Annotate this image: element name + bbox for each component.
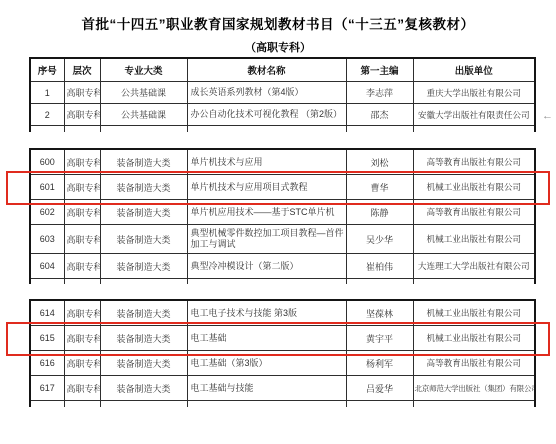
textbook-table: 600高职专科装备制造大类单片机技术与应用刘松高等教育出版社有限公司601高职专… bbox=[29, 148, 536, 284]
table-row: 615高职专科装备制造大类电工基础黄宇平机械工业出版社有限公司 bbox=[30, 326, 535, 351]
textbook-table: 614高职专科装备制造大类电工电子技术与技能 第3版坚葆林机械工业出版社有限公司… bbox=[29, 299, 536, 407]
table-cell: 单片机技术与应用项目式教程 bbox=[187, 175, 346, 200]
table-cell: 高职专科 bbox=[64, 149, 100, 175]
column-header-book-title: 教材名称 bbox=[187, 58, 346, 82]
table-cell: 装备制造大类 bbox=[100, 300, 187, 326]
table-cell: 机械工业出版社有限公司 bbox=[413, 326, 535, 351]
table-cell: 617 bbox=[30, 376, 64, 401]
table-cell: 装备制造大类 bbox=[100, 225, 187, 254]
table-cell: 高等教育出版社有限公司 bbox=[413, 200, 535, 225]
table-cell: 杨利军 bbox=[346, 351, 413, 376]
table-cell bbox=[64, 126, 100, 133]
table-cell: 黄宇平 bbox=[346, 326, 413, 351]
table-cell: 高职专科 bbox=[64, 82, 100, 104]
table-row: 616高职专科装备制造大类电工基础（第3版）杨利军高等教育出版社有限公司 bbox=[30, 351, 535, 376]
table-row: 604高职专科装备制造大类典型冷冲模设计（第二版）崔柏伟大连理工大学出版社有限公… bbox=[30, 254, 535, 279]
column-header-publisher: 出版单位 bbox=[413, 58, 535, 82]
table-row: 603高职专科装备制造大类典型机械零件数控加工项目教程—首件加工与调试吴少华机械… bbox=[30, 225, 535, 254]
table-cell bbox=[413, 401, 535, 408]
table-cell: 曹华 bbox=[346, 175, 413, 200]
table-row: 600高职专科装备制造大类单片机技术与应用刘松高等教育出版社有限公司 bbox=[30, 149, 535, 175]
table-cell: 装备制造大类 bbox=[100, 200, 187, 225]
table-cell: 2 bbox=[30, 104, 64, 126]
table-cell: 大连理工大学出版社有限公司 bbox=[413, 254, 535, 279]
table-cell: 614 bbox=[30, 300, 64, 326]
table-cell: 公共基础课 bbox=[100, 82, 187, 104]
clipped-row bbox=[30, 401, 535, 408]
table-cell: 典型机械零件数控加工项目教程—首件加工与调试 bbox=[187, 225, 346, 254]
table-cell: 电工基础与技能 bbox=[187, 376, 346, 401]
table-cell: 601 bbox=[30, 175, 64, 200]
table-row: 602高职专科装备制造大类单片机应用技术——基于STC单片机陈静高等教育出版社有… bbox=[30, 200, 535, 225]
table-cell: 安徽大学出版社有限责任公司 bbox=[413, 104, 535, 126]
table-cell: 高职专科 bbox=[64, 254, 100, 279]
column-header-seq: 序号 bbox=[30, 58, 64, 82]
table-cell: 装备制造大类 bbox=[100, 326, 187, 351]
table-cell bbox=[30, 126, 64, 133]
table-cell: 北京师范大学出版社（集团）有限公司 bbox=[413, 376, 535, 401]
table-cell: 公共基础课 bbox=[100, 104, 187, 126]
table-cell bbox=[30, 279, 64, 285]
table-row: 617高职专科装备制造大类电工基础与技能吕爱华北京师范大学出版社（集团）有限公司 bbox=[30, 376, 535, 401]
table-cell: 602 bbox=[30, 200, 64, 225]
table-cell bbox=[413, 279, 535, 285]
document-subtitle: （高职专科） bbox=[0, 39, 556, 55]
table-cell: 604 bbox=[30, 254, 64, 279]
table-cell bbox=[64, 401, 100, 408]
table-cell: 高职专科 bbox=[64, 300, 100, 326]
table-cell: 机械工业出版社有限公司 bbox=[413, 175, 535, 200]
table-cell bbox=[64, 279, 100, 285]
return-mark-icon: ← bbox=[542, 110, 553, 122]
table-cell: 吕爱华 bbox=[346, 376, 413, 401]
table-cell: 高职专科 bbox=[64, 376, 100, 401]
table-cell: 高职专科 bbox=[64, 200, 100, 225]
table-row: 2高职专科公共基础课办公自动化技术可视化教程 （第2版）邵杰安徽大学出版社有限责… bbox=[30, 104, 535, 126]
table-cell bbox=[346, 401, 413, 408]
document-title: 首批“十四五”职业教育国家规划教材书目（“十三五”复核教材） bbox=[0, 13, 556, 33]
table-cell bbox=[187, 279, 346, 285]
table-cell: 装备制造大类 bbox=[100, 254, 187, 279]
table-cell bbox=[100, 401, 187, 408]
table-row: 601高职专科装备制造大类单片机技术与应用项目式教程曹华机械工业出版社有限公司 bbox=[30, 175, 535, 200]
table-cell: 高职专科 bbox=[64, 104, 100, 126]
table-cell: 装备制造大类 bbox=[100, 351, 187, 376]
table-cell: 电工电子技术与技能 第3版 bbox=[187, 300, 346, 326]
table-fragment-middle: 600高职专科装备制造大类单片机技术与应用刘松高等教育出版社有限公司601高职专… bbox=[29, 148, 538, 284]
table-cell: 高职专科 bbox=[64, 326, 100, 351]
table-cell: 机械工业出版社有限公司 bbox=[413, 300, 535, 326]
table-cell: 重庆大学出版社有限公司 bbox=[413, 82, 535, 104]
table-cell: 装备制造大类 bbox=[100, 149, 187, 175]
table-cell: 机械工业出版社有限公司 bbox=[413, 225, 535, 254]
table-cell: 高职专科 bbox=[64, 225, 100, 254]
table-cell: 李志萍 bbox=[346, 82, 413, 104]
table-cell: 高等教育出版社有限公司 bbox=[413, 149, 535, 175]
column-header-category: 专业大类 bbox=[100, 58, 187, 82]
table-cell: 单片机应用技术——基于STC单片机 bbox=[187, 200, 346, 225]
table-cell: 电工基础（第3版） bbox=[187, 351, 346, 376]
textbook-table: 序号 层次 专业大类 教材名称 第一主编 出版单位 1高职专科公共基础课成长英语… bbox=[29, 57, 536, 132]
table-fragment-bottom: 614高职专科装备制造大类电工电子技术与技能 第3版坚葆林机械工业出版社有限公司… bbox=[29, 299, 538, 407]
table-cell: 邵杰 bbox=[346, 104, 413, 126]
table-cell: 陈静 bbox=[346, 200, 413, 225]
table-cell bbox=[346, 279, 413, 285]
table-cell bbox=[187, 401, 346, 408]
table-row: 1高职专科公共基础课成长英语系列教材（第4版）李志萍重庆大学出版社有限公司 bbox=[30, 82, 535, 104]
document-page: 首批“十四五”职业教育国家规划教材书目（“十三五”复核教材） （高职专科） 序号… bbox=[0, 0, 556, 444]
table-header-row: 序号 层次 专业大类 教材名称 第一主编 出版单位 bbox=[30, 58, 535, 82]
table-cell: 603 bbox=[30, 225, 64, 254]
column-header-chief-editor: 第一主编 bbox=[346, 58, 413, 82]
table-cell: 崔柏伟 bbox=[346, 254, 413, 279]
column-header-level: 层次 bbox=[64, 58, 100, 82]
table-row: 614高职专科装备制造大类电工电子技术与技能 第3版坚葆林机械工业出版社有限公司 bbox=[30, 300, 535, 326]
table-cell: 装备制造大类 bbox=[100, 175, 187, 200]
table-cell: 高职专科 bbox=[64, 175, 100, 200]
table-cell bbox=[413, 126, 535, 133]
table-cell: 装备制造大类 bbox=[100, 376, 187, 401]
table-cell: 吴少华 bbox=[346, 225, 413, 254]
table-cell: 高职专科 bbox=[64, 351, 100, 376]
table-cell: 典型冷冲模设计（第二版） bbox=[187, 254, 346, 279]
clipped-row bbox=[30, 279, 535, 285]
table-cell: 成长英语系列教材（第4版） bbox=[187, 82, 346, 104]
table-cell: 刘松 bbox=[346, 149, 413, 175]
table-cell bbox=[100, 126, 187, 133]
table-cell: 615 bbox=[30, 326, 64, 351]
table-cell: 高等教育出版社有限公司 bbox=[413, 351, 535, 376]
clipped-row bbox=[30, 126, 535, 133]
table-cell: 1 bbox=[30, 82, 64, 104]
table-cell: 616 bbox=[30, 351, 64, 376]
table-cell: 办公自动化技术可视化教程 （第2版） bbox=[187, 104, 346, 126]
table-cell: 电工基础 bbox=[187, 326, 346, 351]
table-cell: 600 bbox=[30, 149, 64, 175]
table-cell bbox=[100, 279, 187, 285]
table-cell bbox=[30, 401, 64, 408]
table-cell: 单片机技术与应用 bbox=[187, 149, 346, 175]
table-cell bbox=[187, 126, 346, 133]
table-cell bbox=[346, 126, 413, 133]
table-fragment-top: 序号 层次 专业大类 教材名称 第一主编 出版单位 1高职专科公共基础课成长英语… bbox=[29, 57, 538, 132]
table-cell: 坚葆林 bbox=[346, 300, 413, 326]
